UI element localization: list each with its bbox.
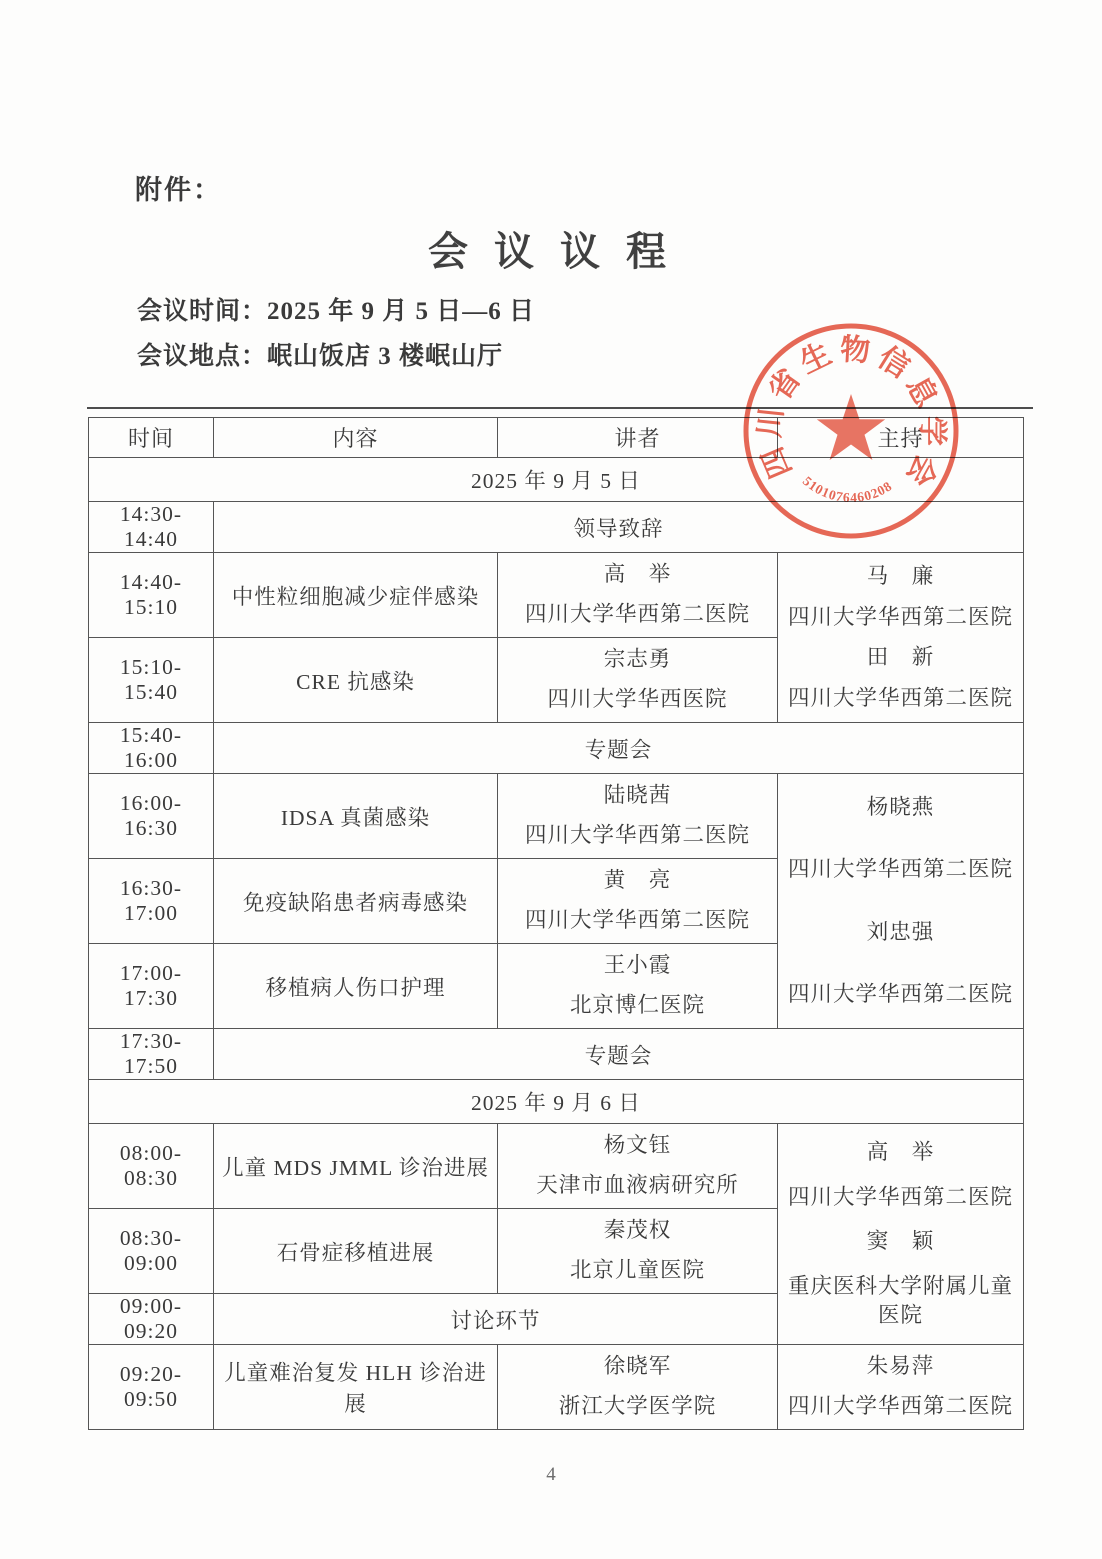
host-org: 四川大学华西第二医院 bbox=[788, 980, 1013, 1009]
host-org: 重庆医科大学附属儿童医院 bbox=[782, 1272, 1019, 1330]
header-host: 主持 bbox=[778, 418, 1024, 458]
content-span-cell: 领导致辞 bbox=[214, 502, 1024, 553]
page-number: 4 bbox=[0, 1464, 1102, 1486]
agenda-row: 16:00-16:30 IDSA 真菌感染 陆晓茜 四川大学华西第二医院 杨晓燕… bbox=[89, 774, 1024, 859]
speaker-org: 浙江大学医学院 bbox=[559, 1392, 717, 1421]
host-name: 田 新 bbox=[867, 643, 935, 672]
agenda-row: 08:00-08:30 儿童 MDS JMML 诊治进展 杨文钰 天津市血液病研… bbox=[89, 1124, 1024, 1209]
meeting-place-line: 会议地点：岷山饭店 3 楼岷山厅 bbox=[137, 336, 503, 372]
attachment-label: 附件： bbox=[135, 168, 222, 207]
time-cell: 17:00-17:30 bbox=[89, 944, 214, 1029]
meeting-time-value: 2025 年 9 月 5 日—6 日 bbox=[267, 298, 535, 325]
speaker-org: 四川大学华西第二医院 bbox=[525, 821, 750, 850]
seal-char: 物 bbox=[839, 333, 871, 368]
time-cell: 08:30-09:00 bbox=[89, 1209, 214, 1294]
agenda-row: 14:30-14:40 领导致辞 bbox=[89, 502, 1024, 553]
seal-char: 信 bbox=[872, 340, 915, 385]
host-name: 窦 颖 bbox=[867, 1227, 935, 1256]
speaker-name: 秦茂权 bbox=[604, 1216, 672, 1245]
speaker-name: 杨文钰 bbox=[604, 1131, 672, 1160]
meeting-place-value: 岷山饭店 3 楼岷山厅 bbox=[267, 343, 503, 370]
speaker-name: 徐晓军 bbox=[604, 1352, 672, 1381]
content-span-cell: 专题会 bbox=[214, 1029, 1024, 1080]
agenda-row: 17:30-17:50 专题会 bbox=[89, 1029, 1024, 1080]
time-cell: 15:40-16:00 bbox=[89, 723, 214, 774]
content-span-cell: 讨论环节 bbox=[214, 1294, 778, 1345]
host-name: 高 举 bbox=[867, 1138, 935, 1167]
content-cell: 儿童 MDS JMML 诊治进展 bbox=[214, 1124, 498, 1209]
speaker-cell: 陆晓茜 四川大学华西第二医院 bbox=[498, 774, 778, 859]
header-content: 内容 bbox=[214, 418, 498, 458]
header-time: 时间 bbox=[89, 418, 214, 458]
speaker-name: 高 举 bbox=[604, 560, 672, 589]
time-cell: 09:20-09:50 bbox=[89, 1345, 214, 1430]
host-org: 四川大学华西第二医院 bbox=[788, 1392, 1013, 1421]
content-cell: 儿童难治复发 HLH 诊治进展 bbox=[214, 1345, 498, 1430]
agenda-table: 时间 内容 讲者 主持 2025 年 9 月 5 日 14:30-14:40 领… bbox=[88, 417, 1024, 1430]
meeting-place-label: 会议地点： bbox=[137, 343, 267, 370]
speaker-name: 宗志勇 bbox=[604, 645, 672, 674]
speaker-org: 四川大学华西医院 bbox=[547, 685, 727, 714]
header-speaker: 讲者 bbox=[498, 418, 778, 458]
time-cell: 09:00-09:20 bbox=[89, 1294, 214, 1345]
host-org: 四川大学华西第二医院 bbox=[788, 603, 1013, 632]
seal-char: 省 bbox=[763, 363, 807, 407]
content-span-cell: 专题会 bbox=[214, 723, 1024, 774]
time-cell: 16:30-17:00 bbox=[89, 859, 214, 944]
date-row-day2: 2025 年 9 月 6 日 bbox=[89, 1080, 1024, 1124]
speaker-cell: 杨文钰 天津市血液病研究所 bbox=[498, 1124, 778, 1209]
content-cell: IDSA 真菌感染 bbox=[214, 774, 498, 859]
host-org: 四川大学华西第二医院 bbox=[788, 1183, 1013, 1212]
agenda-row: 15:40-16:00 专题会 bbox=[89, 723, 1024, 774]
table-top-rule bbox=[87, 407, 1033, 409]
speaker-cell: 王小霞 北京博仁医院 bbox=[498, 944, 778, 1029]
speaker-name: 黄 亮 bbox=[604, 866, 672, 895]
meeting-time-label: 会议时间： bbox=[137, 298, 267, 325]
host-cell: 朱易萍 四川大学华西第二医院 bbox=[778, 1345, 1024, 1430]
speaker-name: 陆晓茜 bbox=[604, 781, 672, 810]
time-cell: 16:00-16:30 bbox=[89, 774, 214, 859]
content-cell: CRE 抗感染 bbox=[214, 638, 498, 723]
agenda-row: 14:40-15:10 中性粒细胞减少症伴感染 高 举 四川大学华西第二医院 马… bbox=[89, 553, 1024, 638]
host-name: 杨晓燕 bbox=[867, 793, 935, 822]
host-cell: 杨晓燕 四川大学华西第二医院 刘忠强 四川大学华西第二医院 bbox=[778, 774, 1024, 1029]
speaker-org: 北京博仁医院 bbox=[570, 991, 705, 1020]
day2-date: 2025 年 9 月 6 日 bbox=[89, 1080, 1024, 1124]
time-cell: 14:40-15:10 bbox=[89, 553, 214, 638]
time-cell: 15:10-15:40 bbox=[89, 638, 214, 723]
meeting-time-line: 会议时间：2025 年 9 月 5 日—6 日 bbox=[137, 291, 535, 327]
time-cell: 17:30-17:50 bbox=[89, 1029, 214, 1080]
date-row-day1: 2025 年 9 月 5 日 bbox=[89, 458, 1024, 502]
host-name: 刘忠强 bbox=[867, 918, 935, 947]
speaker-org: 北京儿童医院 bbox=[570, 1256, 705, 1285]
speaker-name: 王小霞 bbox=[604, 951, 672, 980]
content-cell: 石骨症移植进展 bbox=[214, 1209, 498, 1294]
host-name: 朱易萍 bbox=[867, 1352, 935, 1381]
host-org: 四川大学华西第二医院 bbox=[788, 855, 1013, 884]
host-cell: 马 廉 四川大学华西第二医院 田 新 四川大学华西第二医院 bbox=[778, 553, 1024, 723]
content-cell: 移植病人伤口护理 bbox=[214, 944, 498, 1029]
content-cell: 免疫缺陷患者病毒感染 bbox=[214, 859, 498, 944]
speaker-org: 四川大学华西第二医院 bbox=[525, 600, 750, 629]
speaker-cell: 徐晓军 浙江大学医学院 bbox=[498, 1345, 778, 1430]
speaker-cell: 秦茂权 北京儿童医院 bbox=[498, 1209, 778, 1294]
page-title: 会 议 议 程 bbox=[0, 220, 1102, 277]
speaker-org: 四川大学华西第二医院 bbox=[525, 906, 750, 935]
host-org: 四川大学华西第二医院 bbox=[788, 684, 1013, 713]
seal-char: 生 bbox=[795, 337, 836, 380]
table-header-row: 时间 内容 讲者 主持 bbox=[89, 418, 1024, 458]
host-cell: 高 举 四川大学华西第二医院 窦 颖 重庆医科大学附属儿童医院 bbox=[778, 1124, 1024, 1345]
host-name: 马 廉 bbox=[867, 562, 935, 591]
speaker-org: 天津市血液病研究所 bbox=[536, 1171, 739, 1200]
agenda-row: 09:20-09:50 儿童难治复发 HLH 诊治进展 徐晓军 浙江大学医学院 … bbox=[89, 1345, 1024, 1430]
content-cell: 中性粒细胞减少症伴感染 bbox=[214, 553, 498, 638]
speaker-cell: 宗志勇 四川大学华西医院 bbox=[498, 638, 778, 723]
speaker-cell: 黄 亮 四川大学华西第二医院 bbox=[498, 859, 778, 944]
day1-date: 2025 年 9 月 5 日 bbox=[89, 458, 1024, 502]
speaker-cell: 高 举 四川大学华西第二医院 bbox=[498, 553, 778, 638]
document-page: 附件： 会 议 议 程 会议时间：2025 年 9 月 5 日—6 日 会议地点… bbox=[0, 0, 1102, 1559]
time-cell: 08:00-08:30 bbox=[89, 1124, 214, 1209]
time-cell: 14:30-14:40 bbox=[89, 502, 214, 553]
